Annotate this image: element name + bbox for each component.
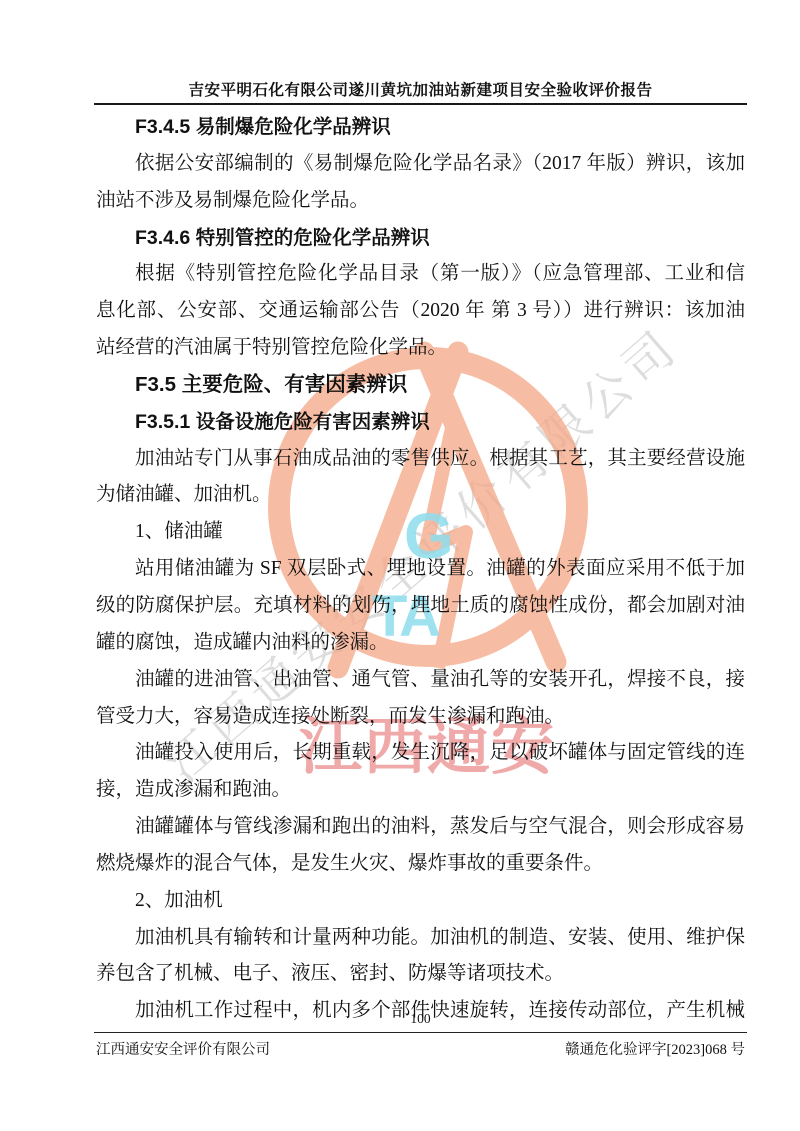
body-text-line: 油罐的进油管、出油管、通气管、量油孔等的安装开孔，焊接不良，接: [96, 662, 745, 699]
body-text-line: 加油站专门从事石油成品油的零售供应。根据其工艺，其主要经营设施: [96, 441, 745, 478]
body-text-line: 站用储油罐为 SF 双层卧式、埋地设置。油罐的外表面应采用不低于加强: [96, 551, 745, 588]
section-heading: F3.4.5 易制爆危险化学品辨识: [96, 109, 745, 146]
body-text-line: 加油机具有输转和计量两种功能。加油机的制造、安装、使用、维护保: [96, 920, 745, 957]
body-text-line: 油站不涉及易制爆危险化学品。: [96, 183, 745, 220]
body-text-line: 接，造成渗漏和跑油。: [96, 772, 745, 809]
body-text-line: 站经营的汽油属于特别管控危险化学品。: [96, 330, 745, 367]
body-text-line: 油罐投入使用后，长期重载，发生沉降，足以破坏罐体与固定管线的连: [96, 735, 745, 772]
report-header-title: 吉安平明石化有限公司遂川黄坑加油站新建项目安全验收评价报告: [96, 78, 745, 100]
document-page: 江西通安安全评价有限公司 G TA 江西通安 吉安平明石化有限公司遂川黄坑加油站…: [0, 0, 800, 1131]
body-text-line: 依据公安部编制的《易制爆危险化学品名录》（2017 年版）辨识，该加: [96, 146, 745, 183]
body-text-line: 为储油罐、加油机。: [96, 477, 745, 514]
body-text-line: 息化部、公安部、交通运输部公告（2020 年 第 3 号））进行辨识：该加油: [96, 293, 745, 330]
body-text-line: 管受力大，容易造成连接处断裂，而发生渗漏和跑油。: [96, 699, 745, 736]
body-text-line: 罐的腐蚀，造成罐内油料的渗漏。: [96, 625, 745, 662]
section-heading: F3.4.6 特别管控的危险化学品辨识: [96, 220, 745, 257]
header-rule: [94, 103, 747, 105]
body-text-line: 2、加油机: [96, 883, 745, 920]
body-text-line: 级的防腐保护层。充填材料的划伤，埋地土质的腐蚀性成份，都会加剧对油: [96, 588, 745, 625]
body-text-line: 油罐罐体与管线渗漏和跑出的油料，蒸发后与空气混合，则会形成容易: [96, 809, 745, 846]
body-text-line: 燃烧爆炸的混合气体，是发生火灾、爆炸事故的重要条件。: [96, 846, 745, 883]
document-body: F3.4.5 易制爆危险化学品辨识依据公安部编制的《易制爆危险化学品名录》（20…: [96, 109, 745, 1030]
page-number: 100: [96, 1011, 745, 1027]
footer-document-code: 赣通危化验评字[2023]068 号: [565, 1038, 745, 1059]
footer-company-name: 江西通安安全评价有限公司: [96, 1038, 270, 1059]
body-text-line: 养包含了机械、电子、液压、密封、防爆等诸项技术。: [96, 956, 745, 993]
body-text-line: 根据《特别管控危险化学品目录（第一版）》（应急管理部、工业和信: [96, 256, 745, 293]
body-text-line: 1、储油罐: [96, 514, 745, 551]
section-heading: F3.5.1 设备设施危险有害因素辨识: [96, 404, 745, 441]
section-heading: F3.5 主要危险、有害因素辨识: [96, 367, 745, 404]
footer-rule: [94, 1032, 747, 1033]
